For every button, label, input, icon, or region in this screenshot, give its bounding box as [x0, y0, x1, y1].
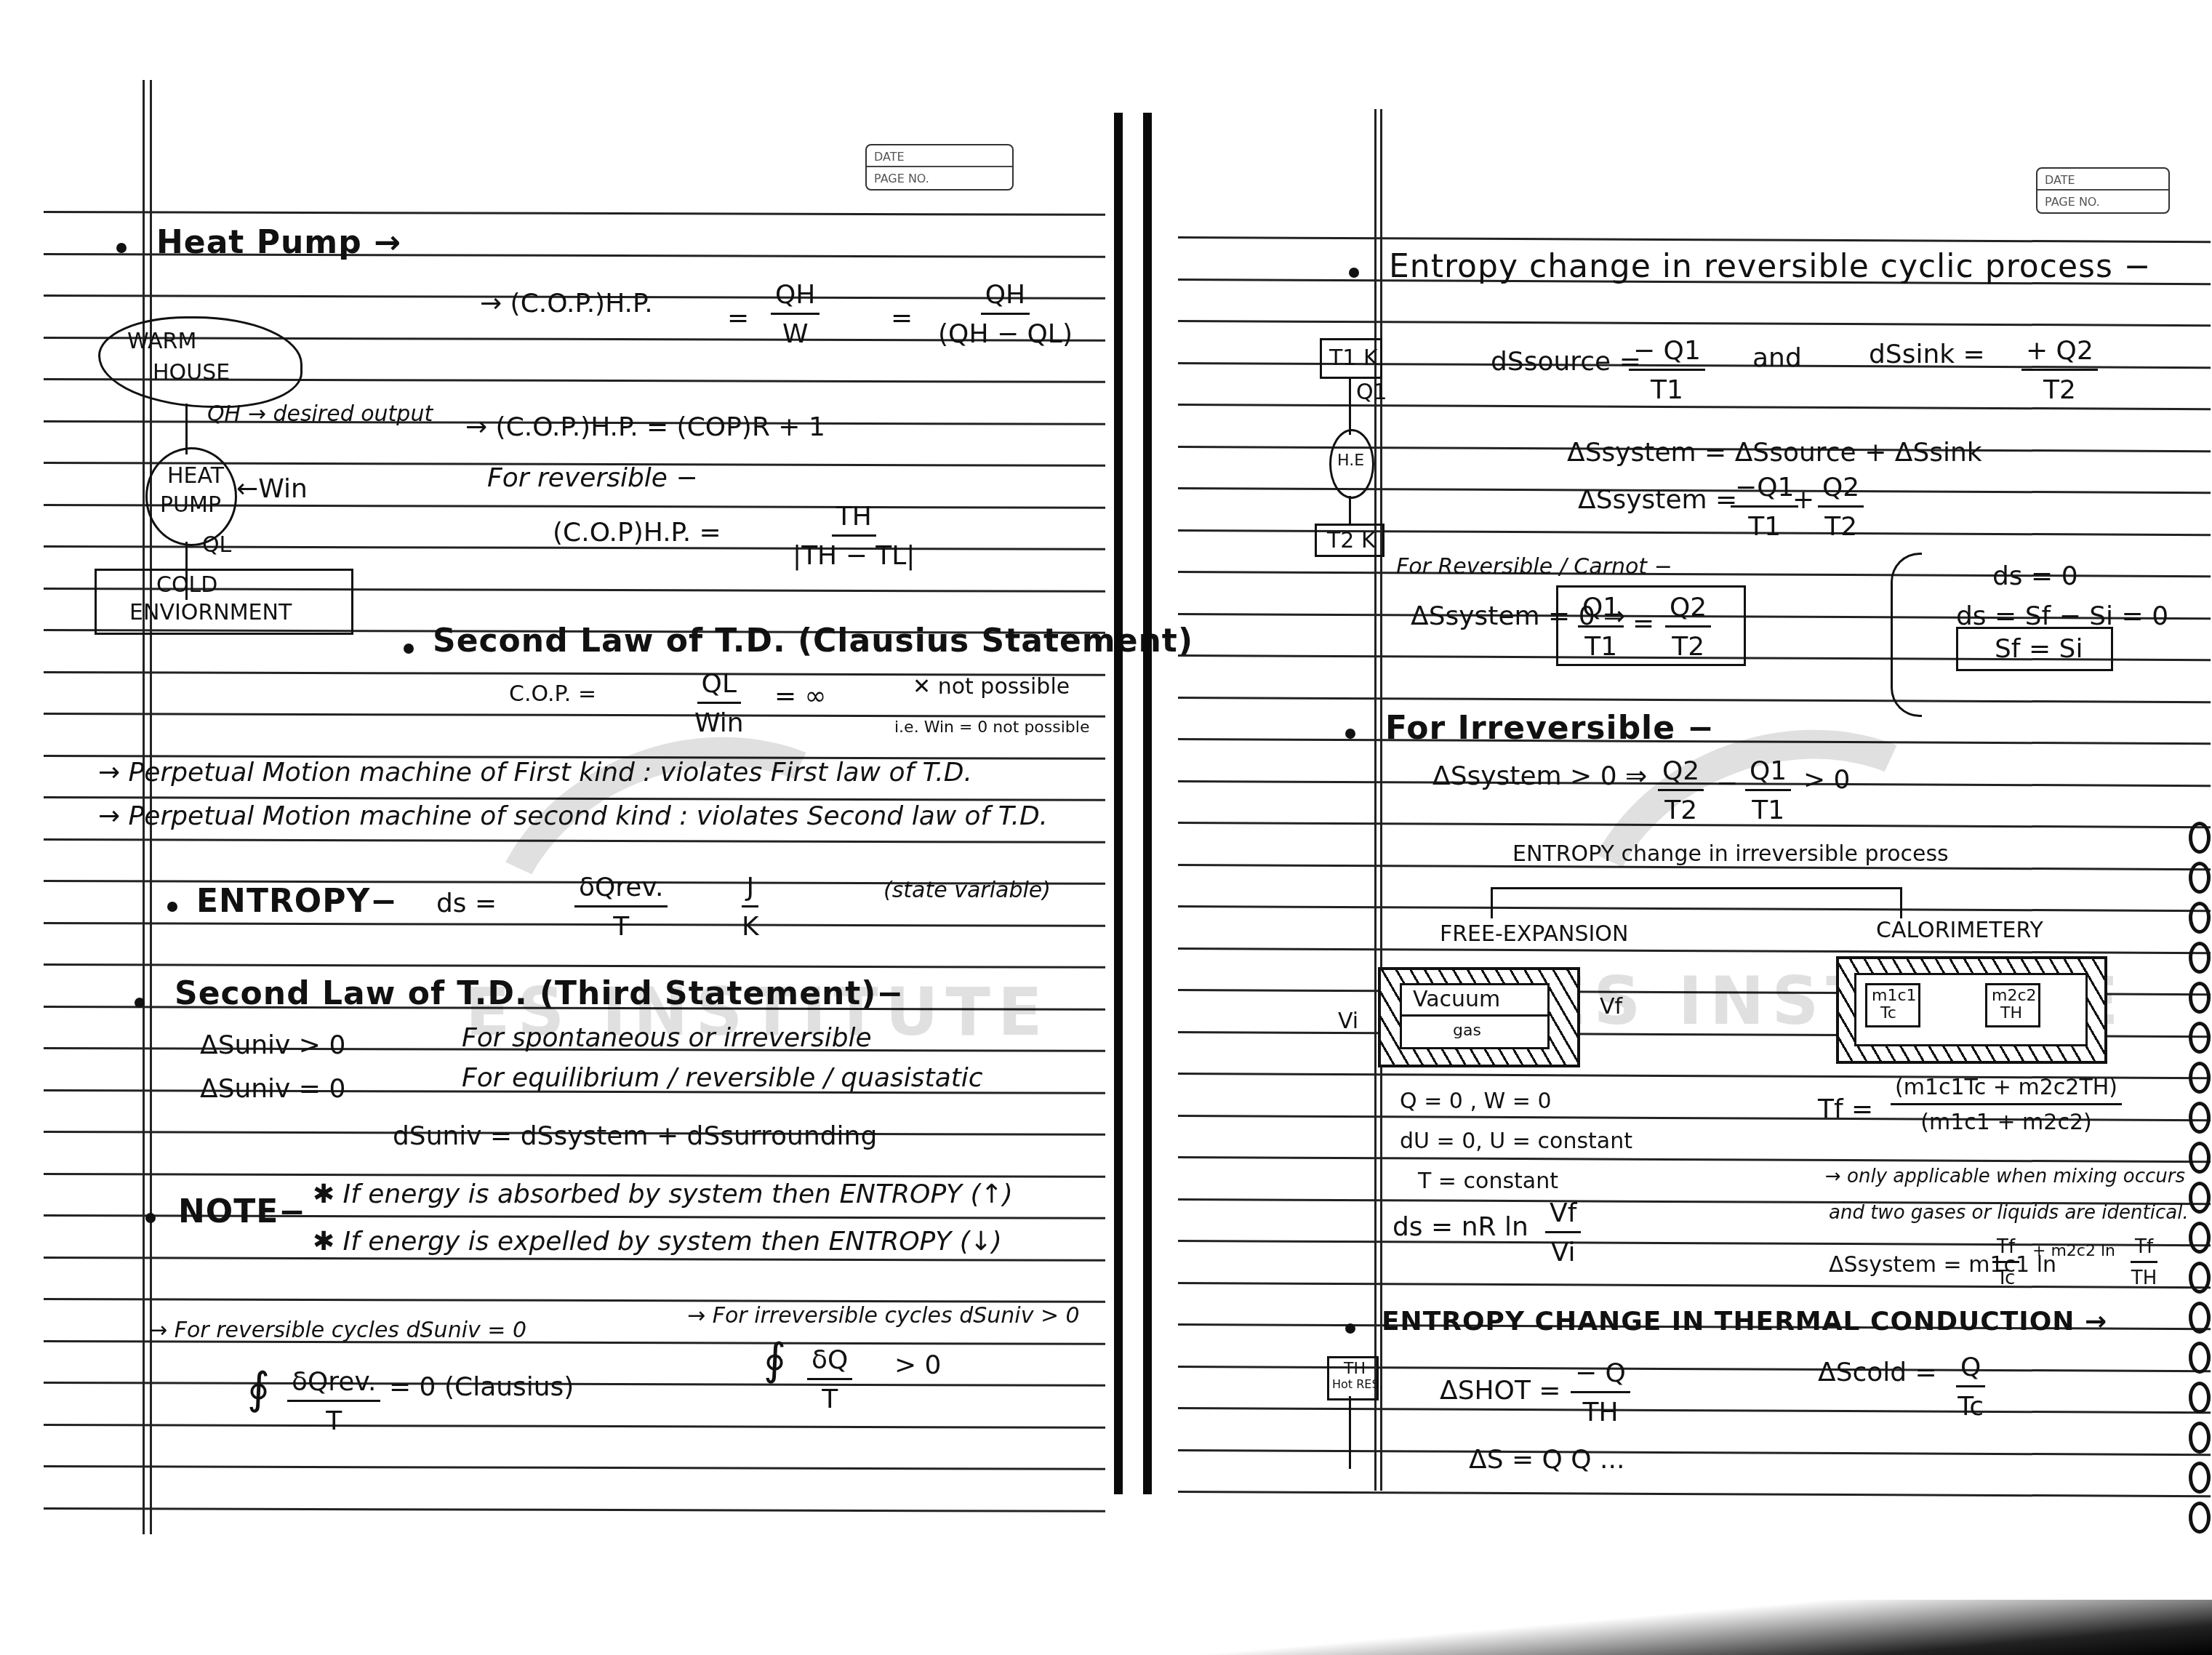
qh-label: QH → desired output — [207, 404, 433, 425]
spiral-ring-icon — [2189, 902, 2211, 934]
heat-label: HEAT — [167, 465, 224, 487]
spiral-ring-icon — [2189, 1222, 2211, 1254]
fraction: Q2T2 — [1665, 593, 1711, 662]
page-no-label: PAGE NO. — [874, 172, 929, 185]
cop-label: C.O.P. = — [509, 684, 596, 705]
fraction: QH(QH − QL) — [938, 280, 1073, 349]
environment-label: ENVIORNMENT — [129, 602, 292, 624]
calorimetry-ds-lhs: ΔSsystem = m1c1 ln — [1829, 1254, 2056, 1276]
win-zero-note: i.e. Win = 0 not possible — [894, 720, 1089, 736]
system-entropy-sum: ΔSsystem = ΔSsource + ΔSsink — [1567, 440, 1982, 466]
ruled-line — [1178, 236, 2211, 243]
fraction: VfVi — [1545, 1198, 1581, 1267]
fraction: + Q2T2 — [2021, 336, 2098, 405]
spiral-ring-icon — [2189, 1302, 2211, 1334]
ruled-line — [44, 1173, 1105, 1178]
fraction: Q1T1 — [1745, 756, 1791, 825]
ds-sf-si: ds = Sf − Si = 0 — [1956, 604, 2168, 630]
spiral-ring-icon — [2189, 1022, 2211, 1054]
ruled-line — [44, 1424, 1105, 1429]
ds-sink-lhs: dSsink = — [1869, 342, 1985, 368]
cop-reversible-lhs: (C.O.P)H.P. = — [553, 520, 721, 546]
partial-equation: ΔS = Q Q ... — [1469, 1447, 1624, 1473]
bullet-icon — [1345, 1323, 1355, 1334]
cop-relation: → (C.O.P.)H.P. = (COP)R + 1 — [465, 414, 825, 441]
irreversible-title: For Irreversible − — [1385, 713, 1715, 745]
pump-label: PUMP — [160, 494, 221, 516]
ruled-line — [44, 211, 1105, 216]
fraction: Q1T1 — [1578, 593, 1624, 662]
note-expelled: ✱ If energy is expelled by system then E… — [313, 1229, 1002, 1255]
bullet-icon — [145, 1213, 156, 1223]
spontaneous-desc: For spontaneous or irreversible — [462, 1025, 872, 1051]
identical-note: and two gases or liquids are identical. — [1829, 1203, 2189, 1222]
ds-lhs: ds = — [436, 891, 497, 917]
ruled-line — [1178, 1282, 2211, 1289]
reversible-cycles: → For reversible cycles dSuniv = 0 — [149, 1320, 526, 1342]
ruled-line — [44, 1298, 1105, 1303]
du-zero: dU = 0, U = constant — [1400, 1131, 1632, 1153]
ruled-line — [1178, 1449, 2211, 1456]
entropy-title: ENTROPY− — [196, 886, 398, 918]
bullet-icon — [404, 644, 414, 654]
cop-hp-lhs: → (C.O.P.)H.P. — [480, 291, 653, 317]
left-notebook-page: DATE PAGE NO. ES INSTITUTE Heat Pump → W… — [0, 0, 1120, 1655]
free-expansion-ds: ds = nR ln — [1392, 1214, 1528, 1241]
irreversible-cycles: → For irreversible cycles dSuniv > 0 — [687, 1305, 1080, 1327]
spiral-ring-icon — [2189, 862, 2211, 894]
infinity-value: = ∞ — [774, 684, 827, 710]
warm-label: WARM — [127, 331, 196, 353]
entropy-tree-title: ENTROPY change in irreversible process — [1512, 843, 1949, 865]
page-header-box: DATE PAGE NO. — [2036, 167, 2170, 214]
heat-engine-circle: H.E — [1329, 429, 1374, 499]
fraction: −Q1T1 — [1731, 473, 1798, 542]
fraction: − Q1T1 — [1629, 336, 1705, 405]
equilibrium-desc: For equilibrium / reversible / quasistat… — [462, 1065, 983, 1091]
contour-integral-icon: ∮ — [764, 1338, 787, 1382]
system-entropy-lhs: ΔSsystem = — [1578, 487, 1737, 513]
bullet-icon — [1349, 268, 1359, 278]
cold-label: COLD — [156, 574, 217, 596]
fraction: Q2T2 — [1818, 473, 1864, 542]
spiral-ring-icon — [2189, 1142, 2211, 1174]
spiral-ring-icon — [2189, 1422, 2211, 1454]
ruled-line — [1178, 1491, 2211, 1497]
fraction: QTc — [1956, 1353, 1985, 1422]
ruled-line — [1178, 1407, 2211, 1414]
calorimetry-label: CALORIMETERY — [1876, 920, 2043, 942]
right-notebook-page: DATE PAGE NO. ES INSTITUTE Entropy chang… — [1149, 0, 2212, 1655]
irreversible-lhs: ΔSsystem > 0 ⇒ — [1432, 764, 1647, 790]
and-label: and — [1752, 345, 1802, 372]
fraction: Q2T2 — [1658, 756, 1704, 825]
clausius-equality: = 0 (Clausius) — [389, 1374, 574, 1400]
fraction: TfTc — [1992, 1236, 2019, 1289]
mixing-note: → only applicable when mixing occurs — [1825, 1167, 2185, 1186]
suniv-sum: dSuniv = dSsystem + dSsurrounding — [393, 1123, 877, 1150]
spiral-ring-icon — [2189, 1342, 2211, 1374]
contour-integral-icon: ∮ — [247, 1367, 271, 1411]
tf-lhs: Tf = — [1818, 1097, 1873, 1123]
fraction: (m1c1Tc + m2c2TH)(m1c1 + m2c2) — [1891, 1075, 2122, 1135]
clausius-inequality: > 0 — [894, 1353, 942, 1379]
bullet-icon — [1345, 729, 1355, 739]
state-variable-note: (state variable) — [883, 880, 1051, 902]
sink-box: T2 K — [1315, 524, 1384, 557]
spiral-ring-icon — [2189, 1462, 2211, 1494]
fraction: TH|TH − TL| — [793, 502, 915, 571]
sf-si-box: Sf = Si — [1956, 627, 2113, 671]
spiral-ring-icon — [2189, 1262, 2211, 1294]
spiral-ring-icon — [2189, 1382, 2211, 1414]
ruled-line — [1178, 320, 2211, 326]
bullet-icon — [116, 243, 127, 253]
ruled-line — [44, 1257, 1105, 1262]
calorimetry-ds-mid: + m2c2 ln — [2032, 1243, 2115, 1259]
arrow-down-icon — [1349, 377, 1351, 435]
tree-branches — [1491, 887, 1902, 918]
gt-zero: > 0 — [1803, 767, 1851, 793]
fraction: − QTH — [1571, 1358, 1630, 1427]
q-w-zero: Q = 0 , W = 0 — [1400, 1091, 1551, 1113]
clausius-title: Second Law of T.D. (Clausius Statement) — [433, 625, 1193, 657]
spiral-ring-icon — [2189, 942, 2211, 974]
vf-label: Vf — [1600, 996, 1622, 1018]
fraction: TfTH — [2131, 1236, 2157, 1289]
heat-pump-title: Heat Pump → — [156, 227, 401, 259]
plus-sign: + — [1792, 487, 1814, 513]
source-box: T1 K — [1320, 338, 1382, 379]
ds-zero: ds = 0 — [1992, 564, 2078, 590]
free-expansion-label: FREE-EXPANSION — [1440, 923, 1628, 945]
ruled-line — [44, 713, 1105, 718]
page-edge-shadow — [1149, 1600, 2212, 1655]
date-label: DATE — [874, 150, 905, 164]
t-constant: T = constant — [1418, 1171, 1558, 1193]
fraction: δQrev.T — [287, 1367, 380, 1436]
fraction: QHW — [771, 280, 820, 349]
ruled-line — [44, 1507, 1105, 1512]
hot-reservoir-box: THHot RES. — [1327, 1356, 1379, 1400]
reversible-cyclic-title: Entropy change in reversible cyclic proc… — [1389, 251, 2152, 283]
spiral-ring-icon — [2189, 822, 2211, 854]
note-label: NOTE− — [178, 1196, 306, 1228]
body-1-box: m1c1Tc — [1865, 983, 1920, 1027]
q1-label: Q1 — [1356, 382, 1387, 404]
unit-fraction: JK — [742, 873, 759, 942]
brace — [1891, 553, 1922, 717]
ds-source-lhs: dSsource = — [1491, 349, 1641, 375]
page-no-label: PAGE NO. — [2045, 195, 2100, 209]
ds-hot-lhs: ΔSHOT = — [1440, 1378, 1560, 1404]
ruled-line — [1178, 1156, 2211, 1163]
note-absorbed: ✱ If energy is absorbed by system then E… — [313, 1182, 1013, 1208]
bullet-icon — [167, 902, 177, 912]
conduction-title: ENTROPY CHANGE IN THERMAL CONDUCTION → — [1382, 1309, 2107, 1335]
third-statement-title: Second Law of T.D. (Third Statement)− — [175, 978, 904, 1010]
spiral-ring-icon — [2189, 1182, 2211, 1214]
ql-label: QL — [202, 534, 231, 556]
notebook-spine — [1114, 113, 1123, 1494]
body-2-box: m2c2TH — [1985, 983, 2040, 1027]
house-label: HOUSE — [153, 362, 230, 384]
watermark-logo — [431, 678, 966, 1169]
vacuum-gas-chamber: Vacuum gas — [1400, 983, 1550, 1049]
spiral-ring-icon — [2189, 982, 2211, 1014]
ruled-line — [1178, 697, 2211, 703]
spiral-ring-icon — [2189, 1062, 2211, 1094]
pmm-second-kind: → Perpetual Motion machine of second kin… — [98, 804, 1048, 830]
arrow-down-icon — [1349, 1396, 1351, 1469]
suniv-eq-zero: ΔSuniv = 0 — [200, 1076, 345, 1102]
pmm-first-kind: → Perpetual Motion machine of First kind… — [98, 760, 972, 786]
vi-label: Vi — [1338, 1011, 1358, 1033]
bullet-icon — [135, 998, 145, 1008]
arrow-down-icon — [1349, 496, 1351, 525]
carnot-label: For Reversible / Carnot − — [1396, 556, 1672, 578]
suniv-gt-zero: ΔSuniv > 0 — [200, 1033, 345, 1059]
date-label: DATE — [2045, 173, 2075, 187]
spiral-ring-icon — [2189, 1502, 2211, 1534]
fraction: δQrev.T — [574, 873, 668, 942]
spiral-ring-icon — [2189, 1102, 2211, 1134]
reversible-label: For reversible − — [487, 465, 698, 492]
ruled-line — [44, 1465, 1105, 1470]
fraction: QLWin — [694, 669, 744, 738]
win-label: ←Win — [236, 476, 308, 502]
ds-cold-lhs: ΔScold = — [1818, 1360, 1937, 1386]
ruled-line — [44, 1382, 1105, 1387]
not-possible-note: ✕ not possible — [913, 676, 1070, 698]
page-header-box: DATE PAGE NO. — [865, 144, 1014, 191]
fraction: δQT — [807, 1345, 852, 1414]
